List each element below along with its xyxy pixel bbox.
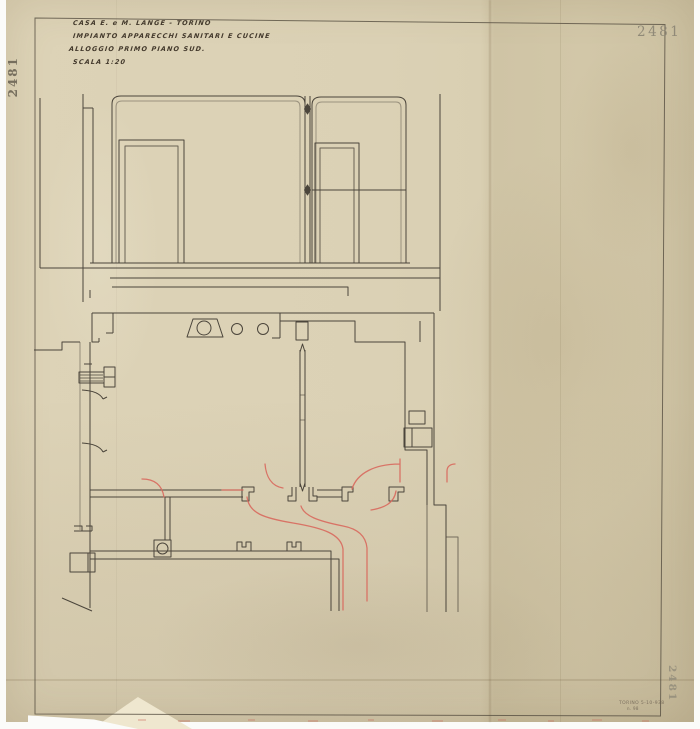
scanned-sheet: CASA E. e M. LANGE - TORINO IMPIANTO APP… [0,0,700,729]
title-line-2: IMPIANTO APPARECCHI SANITARI E CUCINE [73,32,271,40]
archive-number-stamp-top-left: 2481 [6,56,20,97]
title-line-4: SCALA 1:20 [73,58,127,66]
date-stamp: TORINO 5-10-938 n. 98 [619,701,654,711]
archive-number-stamp-bottom-right: 2481 [666,665,678,702]
paper-stain [560,40,700,260]
title-line-1: CASA E. e M. LANGE - TORINO [73,19,212,27]
paper-stain [150,560,570,729]
archive-number-stamp-top-right: 2481 [637,24,681,40]
title-line-3: ALLOGGIO PRIMO PIANO SUD. [69,45,207,53]
date-stamp-line-2: n. 98 [627,706,654,711]
paper-stain [40,100,160,400]
